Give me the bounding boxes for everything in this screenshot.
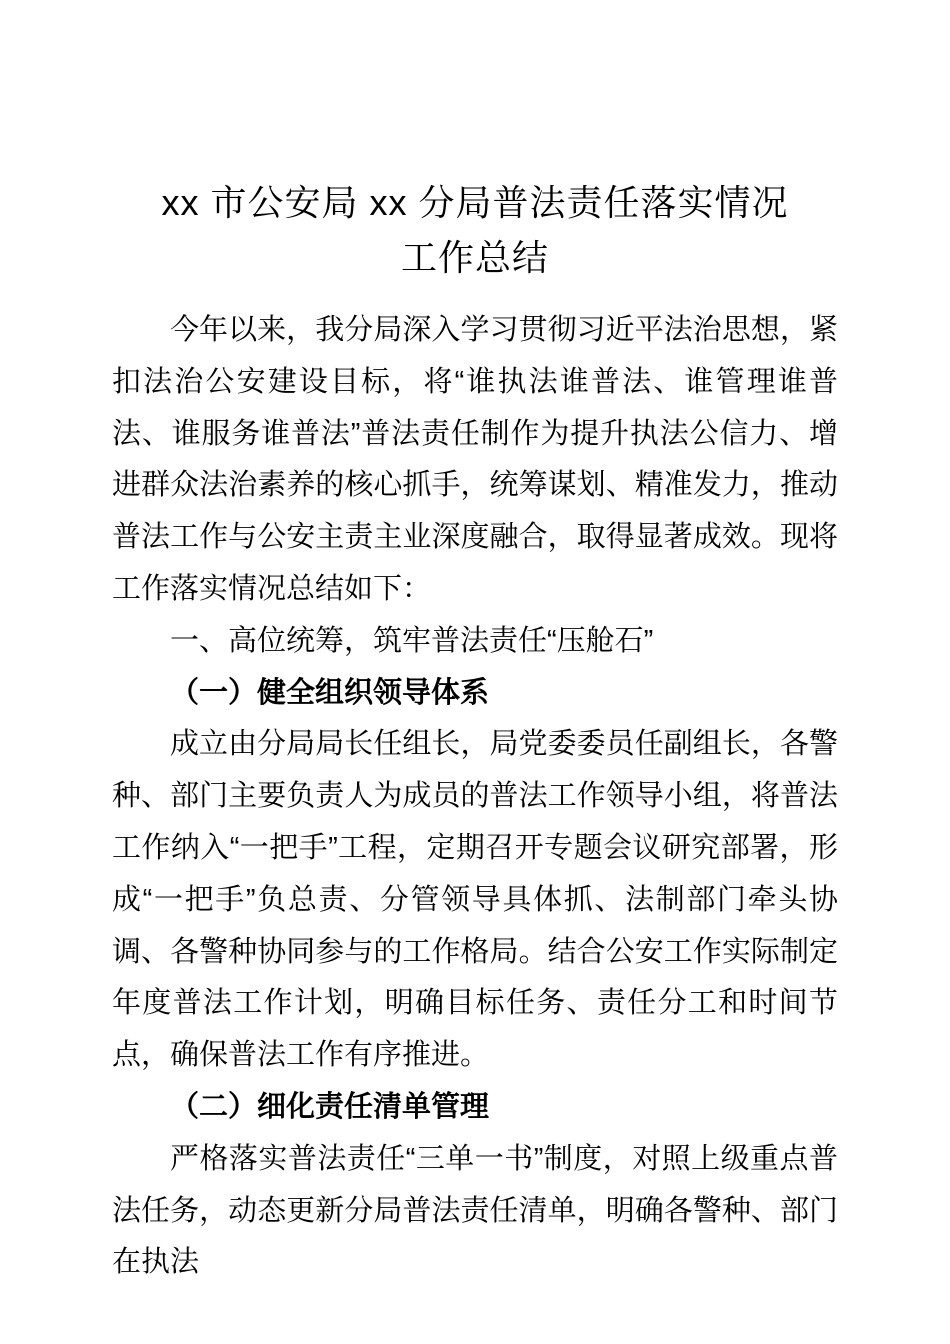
paragraph-responsibility-list: 严格落实普法责任“三单一书”制度，对照上级重点普法任务，动态更新分局普法责任清单… <box>112 1134 838 1289</box>
paragraph-organization-leadership: 成立由分局局长任组长，局党委委员任副组长，各警种、部门主要负责人为成员的普法工作… <box>112 719 838 1082</box>
document-body: 今年以来，我分局深入学习贯彻习近平法治思想，紧扣法治公安建设目标，将“谁执法谁普… <box>0 305 950 1289</box>
title-line-1: xx 市公安局 xx 分局普法责任落实情况 <box>0 175 950 230</box>
title-line-2: 工作总结 <box>0 230 950 285</box>
section-1-heading: 一、高位统筹，筑牢普法责任“压舱石” <box>112 616 838 668</box>
paragraph-intro: 今年以来，我分局深入学习贯彻习近平法治思想，紧扣法治公安建设目标，将“谁执法谁普… <box>112 305 838 616</box>
document-page: xx 市公安局 xx 分局普法责任落实情况 工作总结 今年以来，我分局深入学习贯… <box>0 0 950 1344</box>
document-title: xx 市公安局 xx 分局普法责任落实情况 工作总结 <box>0 0 950 285</box>
subsection-1-1-heading: （一）健全组织领导体系 <box>112 668 838 720</box>
subsection-1-2-heading: （二）细化责任清单管理 <box>112 1082 838 1134</box>
